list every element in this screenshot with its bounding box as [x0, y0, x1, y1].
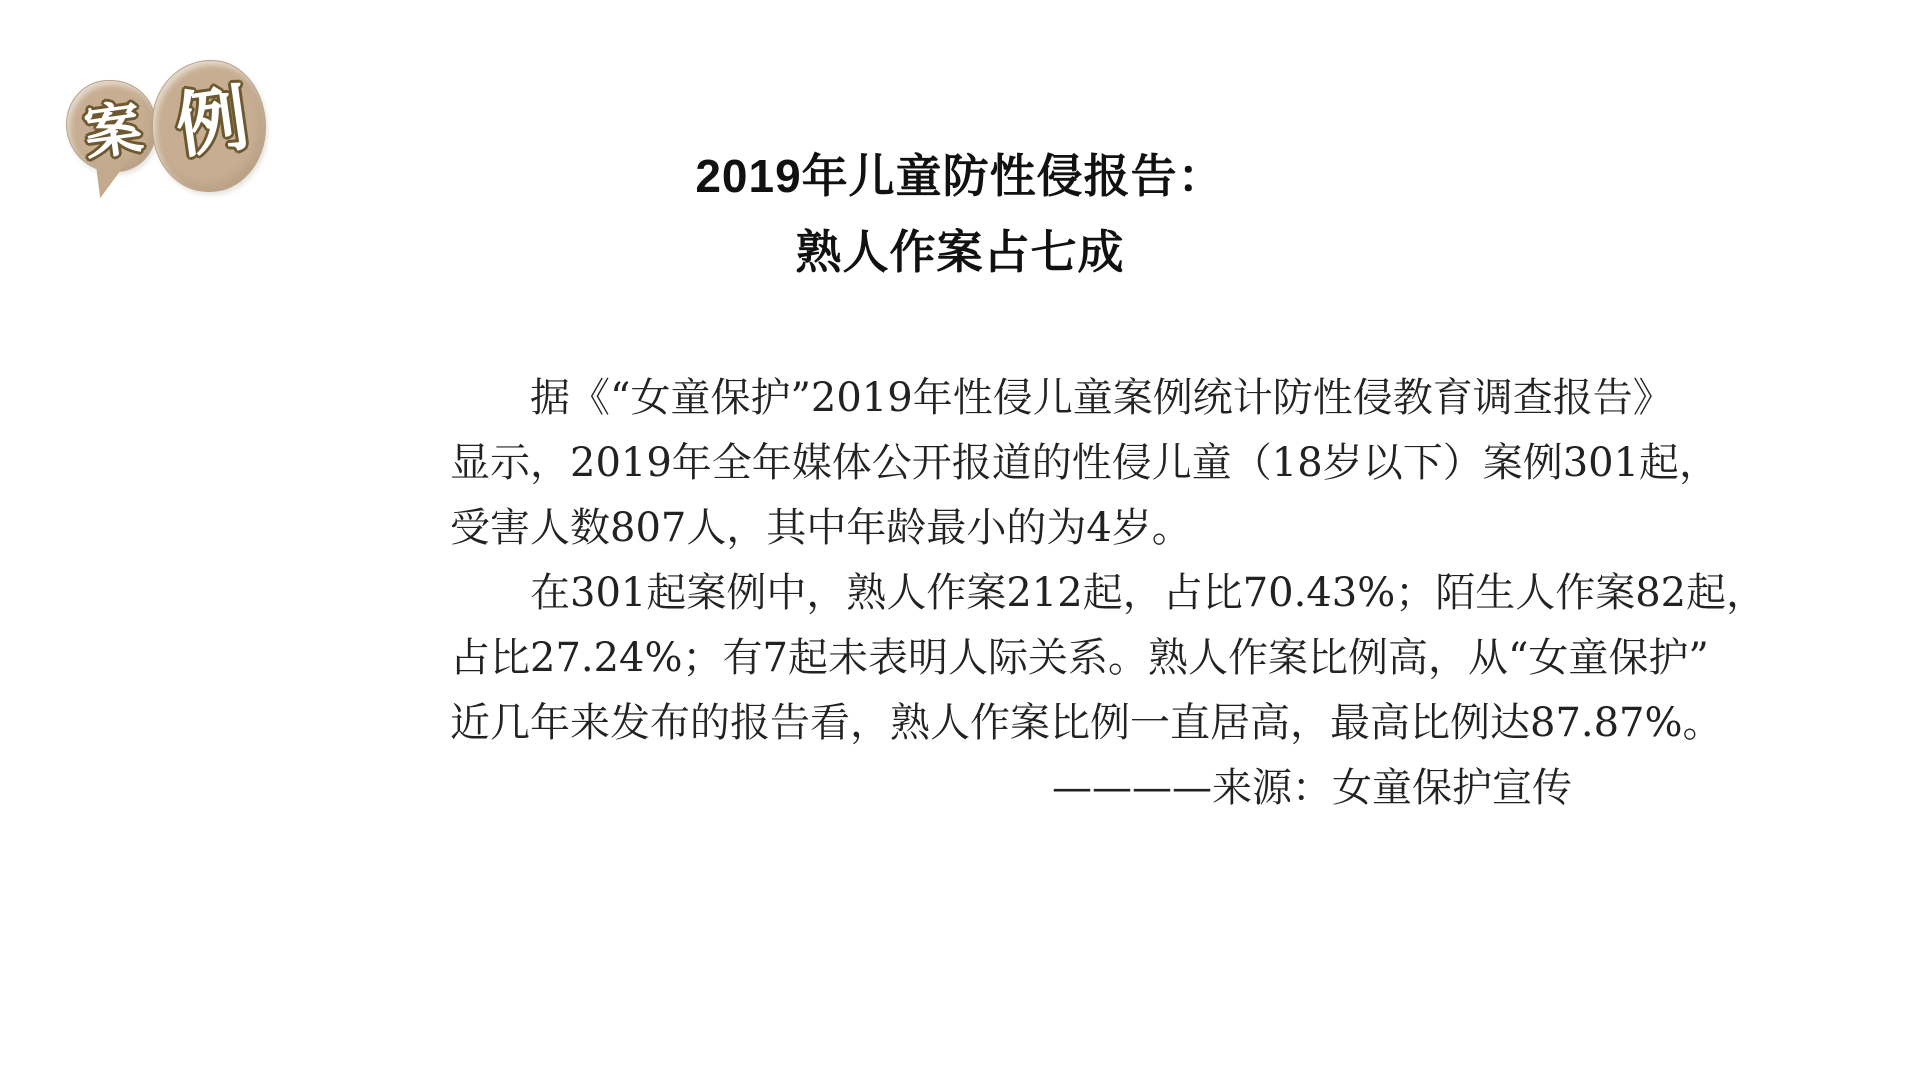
body-line-6: 近几年来发布的报告看，熟人作案比例一直居高，最高比例达87.87%。 [450, 691, 1572, 756]
badge-char-li: 例 [171, 81, 252, 162]
title-line-1: 2019年儿童防性侵报告： [0, 138, 1920, 214]
slide-title: 2019年儿童防性侵报告： 熟人作案占七成 [0, 138, 1920, 290]
body-line-3: 受害人数807人，其中年龄最小的为4岁。 [450, 496, 1572, 561]
source-line: ————来源：女童保护宣传 [450, 756, 1572, 821]
body-line-1: 据《“女童保护”2019年性侵儿童案例统计防性侵教育调查报告》 [450, 366, 1572, 431]
body-line-5: 占比27.24%；有7起未表明人际关系。熟人作案比例高，从“女童保护” [450, 626, 1572, 691]
body-line-2: 显示，2019年全年媒体公开报道的性侵儿童（18岁以下）案例301起， [450, 431, 1572, 496]
slide-canvas: 案 例 2019年儿童防性侵报告： 熟人作案占七成 据《“女童保护”2019年性… [0, 0, 1920, 1080]
body-paragraphs: 据《“女童保护”2019年性侵儿童案例统计防性侵教育调查报告》 显示，2019年… [450, 366, 1572, 821]
body-line-4: 在301起案例中，熟人作案212起，占比70.43%；陌生人作案82起， [450, 561, 1572, 626]
badge-char-an: 案 [80, 98, 146, 164]
title-line-2: 熟人作案占七成 [0, 214, 1920, 290]
